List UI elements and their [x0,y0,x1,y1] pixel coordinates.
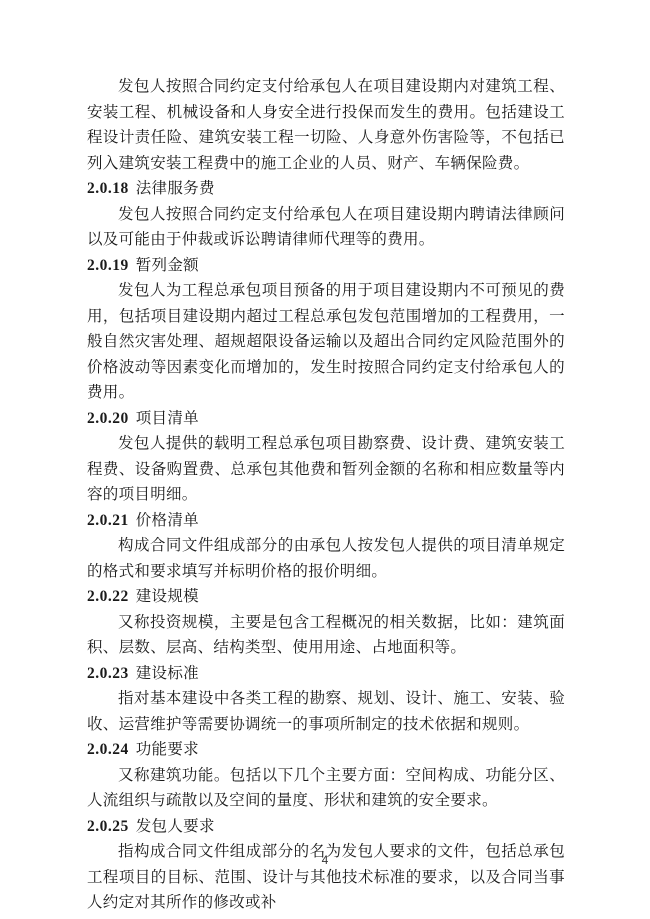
section-heading: 2.0.18法律服务费 [87,176,565,202]
document-page: 发包人按照合同约定支付给承包人在项目建设期内对建筑工程、安装工程、机械设备和人身… [87,74,565,916]
section-title: 建设规模 [136,587,199,605]
section-body: 发包人为工程总承包项目预备的用于项目建设期内不可预见的费用，包括项目建设期内超过… [87,278,565,406]
section-body: 又称投资规模，主要是包含工程概况的相关数据，比如：建筑面积、层数、层高、结构类型… [87,610,565,661]
section-body: 指构成合同文件组成部分的名为发包人要求的文件，包括总承包工程项目的目标、范围、设… [87,839,565,916]
section-body: 发包人按照合同约定支付给承包人在项目建设期内聘请法律顾问以及可能由于仲裁或诉讼聘… [87,202,565,253]
section-2-0-22: 2.0.22建设规模 又称投资规模，主要是包含工程概况的相关数据，比如：建筑面积… [87,584,565,661]
section-number: 2.0.23 [87,665,129,682]
section-number: 2.0.18 [87,180,129,197]
section-2-0-20: 2.0.20项目清单 发包人提供的载明工程总承包项目勘察费、设计费、建筑安装工程… [87,406,565,508]
section-number: 2.0.19 [87,257,129,274]
section-body: 构成合同文件组成部分的由承包人按发包人提供的项目清单规定的格式和要求填写并标明价… [87,533,565,584]
section-heading: 2.0.23建设标准 [87,661,565,687]
section-number: 2.0.24 [87,741,129,758]
intro-paragraph: 发包人按照合同约定支付给承包人在项目建设期内对建筑工程、安装工程、机械设备和人身… [87,74,565,176]
section-title: 功能要求 [136,740,199,758]
section-2-0-19: 2.0.19暂列金额 发包人为工程总承包项目预备的用于项目建设期内不可预见的费用… [87,253,565,406]
section-number: 2.0.21 [87,512,129,529]
section-number: 2.0.25 [87,818,129,835]
section-heading: 2.0.19暂列金额 [87,253,565,279]
section-body: 指对基本建设中各类工程的勘察、规划、设计、施工、安装、验收、运营维护等需要协调统… [87,686,565,737]
section-number: 2.0.22 [87,588,129,605]
section-heading: 2.0.20项目清单 [87,406,565,432]
section-title: 发包人要求 [136,817,215,835]
section-title: 价格清单 [136,511,199,529]
section-heading: 2.0.24功能要求 [87,737,565,763]
section-title: 项目清单 [136,409,199,427]
section-body: 发包人提供的载明工程总承包项目勘察费、设计费、建筑安装工程费、设备购置费、总承包… [87,431,565,508]
section-2-0-21: 2.0.21价格清单 构成合同文件组成部分的由承包人按发包人提供的项目清单规定的… [87,508,565,585]
section-2-0-24: 2.0.24功能要求 又称建筑功能。包括以下几个主要方面：空间构成、功能分区、人… [87,737,565,814]
page-number: 4 [0,853,650,867]
section-heading: 2.0.22建设规模 [87,584,565,610]
section-title: 暂列金额 [136,256,199,274]
section-title: 建设标准 [136,664,199,682]
section-number: 2.0.20 [87,410,129,427]
section-body: 又称建筑功能。包括以下几个主要方面：空间构成、功能分区、人流组织与疏散以及空间的… [87,763,565,814]
section-heading: 2.0.21价格清单 [87,508,565,534]
section-2-0-18: 2.0.18法律服务费 发包人按照合同约定支付给承包人在项目建设期内聘请法律顾问… [87,176,565,253]
section-title: 法律服务费 [136,179,215,197]
section-2-0-23: 2.0.23建设标准 指对基本建设中各类工程的勘察、规划、设计、施工、安装、验收… [87,661,565,738]
section-heading: 2.0.25发包人要求 [87,814,565,840]
